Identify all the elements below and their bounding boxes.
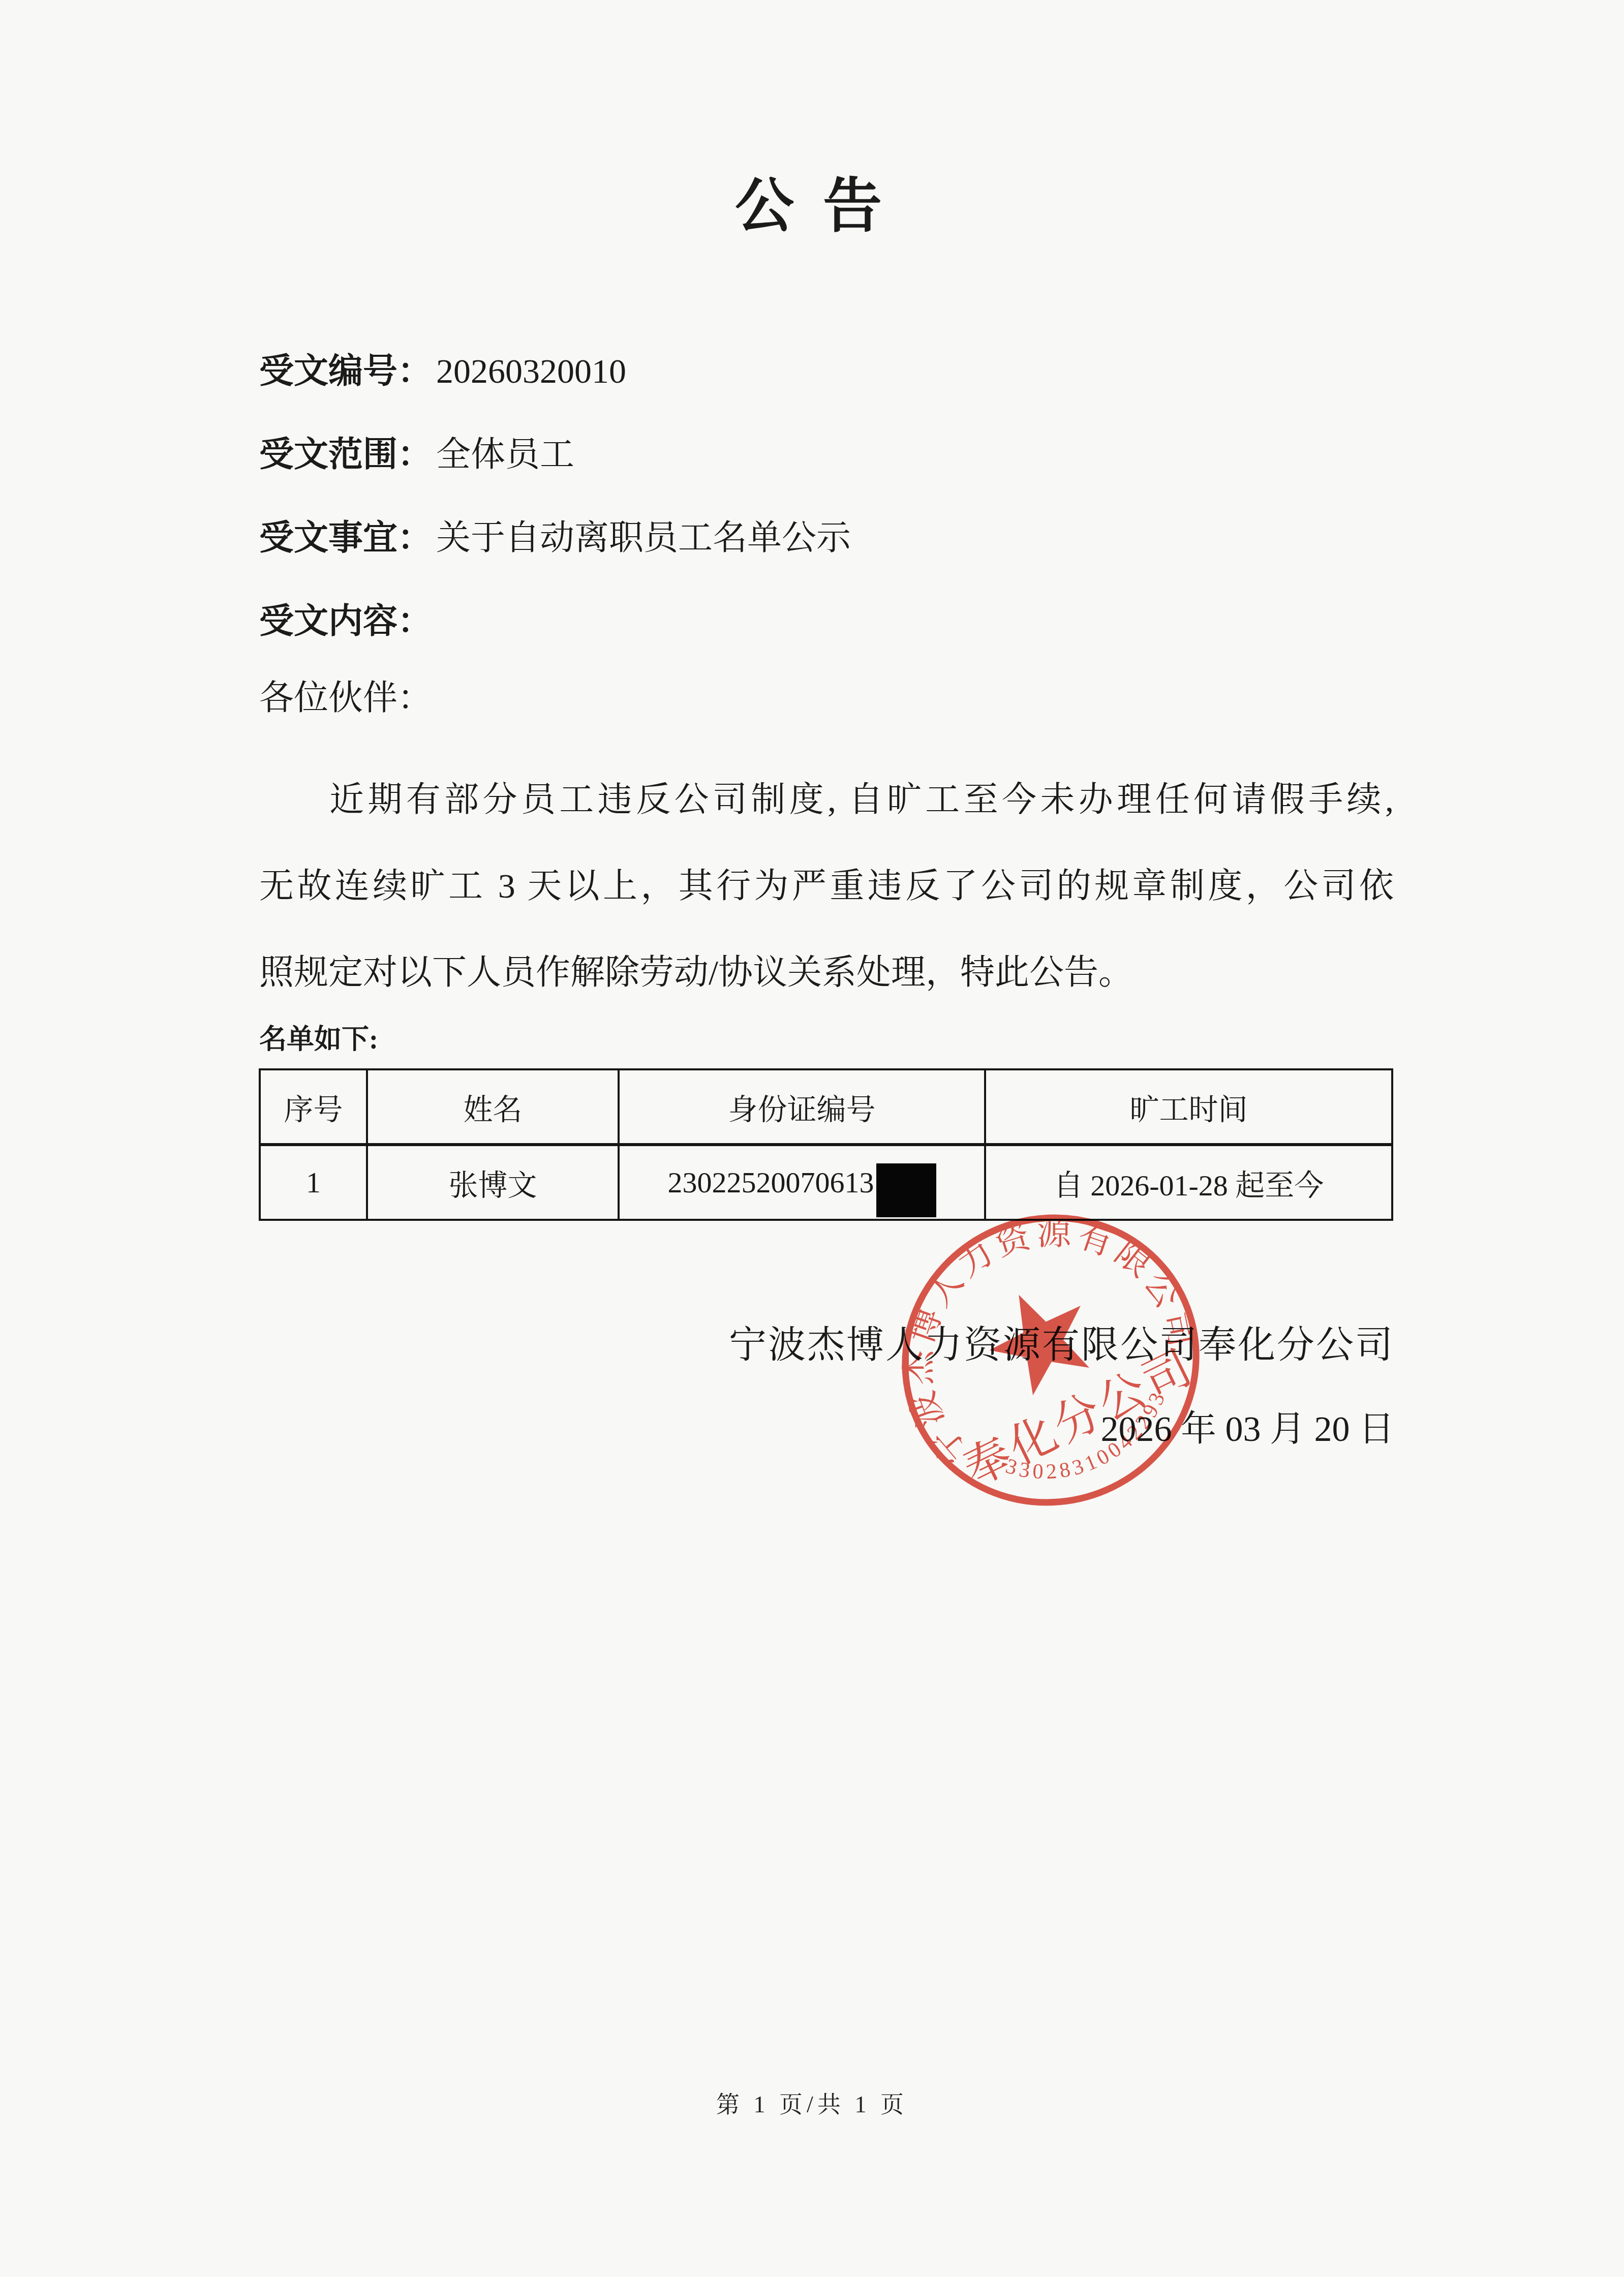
dismissed-employees-table: 序号 姓名 身份证编号 旷工时间 1 张博文 23022520070613 自 … [259,1068,1393,1221]
meta-line-doc-number: 受文编号：20260320010 [259,329,1405,413]
header-cell-name: 姓名 [367,1069,619,1145]
meta-label: 受文内容： [259,602,432,640]
page-footer: 第 1 页/共 1 页 [0,2086,1624,2119]
meta-value: 关于自动离职员工名单公示 [436,518,851,557]
cell-absence-time: 自 2026-01-28 起至今 [985,1145,1392,1220]
scanned-announcement-page: 公 告 受文编号：20260320010 受文范围：全体员工 受文事宜：关于自动… [0,0,1624,2277]
table-header-row: 序号 姓名 身份证编号 旷工时间 [260,1069,1392,1145]
signature-date: 2026 年 03 月 20 日 [0,1402,1394,1458]
redaction-box [876,1163,936,1217]
cell-id-number: 23022520070613 [619,1145,985,1220]
salutation: 各位伙伴： [259,670,432,726]
meta-block: 受文编号：20260320010 受文范围：全体员工 受文事宜：关于自动离职员工… [259,329,1405,663]
meta-value: 20260320010 [436,352,626,390]
meta-label: 受文事宜： [259,518,432,557]
meta-label: 受文范围： [259,435,432,474]
body-paragraph: 近期有部分员工违反公司制度, 自旷工至今未办理任何请假手续, 无故连续旷工 3 … [259,756,1394,1016]
header-cell-id-number: 身份证编号 [619,1069,985,1145]
header-cell-index: 序号 [260,1069,367,1145]
cell-index: 1 [260,1145,367,1220]
meta-line-subject: 受文事宜：关于自动离职员工名单公示 [259,496,1405,579]
meta-line-scope: 受文范围：全体员工 [259,413,1405,496]
body-line: 照规定对以下人员作解除劳动/协议关系处理，特此公告。 [259,929,1394,1016]
meta-value: 全体员工 [436,435,574,474]
page-title: 公 告 [0,159,1624,243]
cell-name: 张博文 [367,1145,619,1220]
meta-label: 受文编号： [259,352,432,390]
header-cell-absence-time: 旷工时间 [985,1069,1392,1145]
table-row: 1 张博文 23022520070613 自 2026-01-28 起至今 [260,1145,1392,1220]
id-number-text: 23022520070613 [668,1165,874,1199]
body-line: 近期有部分员工违反公司制度, 自旷工至今未办理任何请假手续, [259,756,1394,843]
list-caption: 名单如下: [259,1017,378,1062]
signature-company: 宁波杰博人力资源有限公司奉化分公司 [0,1317,1394,1373]
body-line: 无故连续旷工 3 天以上，其行为严重违反了公司的规章制度，公司依 [259,843,1394,929]
meta-line-content: 受文内容： [259,579,1405,663]
